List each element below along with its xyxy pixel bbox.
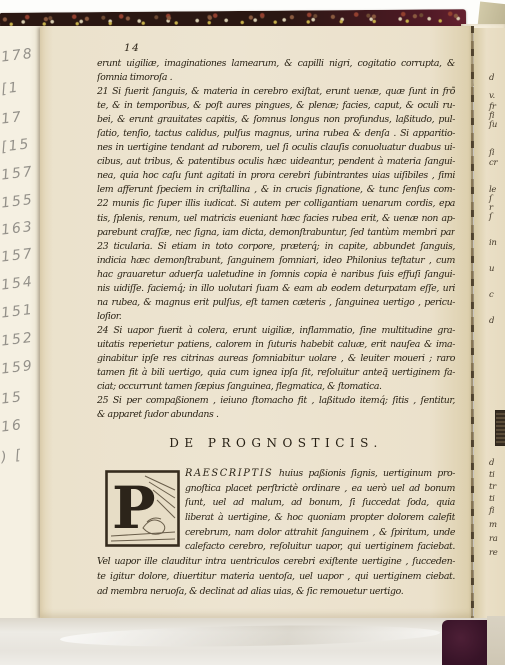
pencil-marginalia-number: [15	[0, 132, 42, 155]
body-text-line: tis, ſplenis, renum, uel matricis euenia…	[97, 212, 455, 226]
prognostics-indent-block: RAESCRIPTIS huius paßionis ſignis, uerti…	[185, 467, 455, 555]
fore-edge-text-fragment: fi	[489, 506, 494, 516]
fore-edge-text-fragment: re	[489, 548, 498, 558]
body-text-line: 23 ticularia. Si etiam in toto corpore, …	[97, 240, 455, 254]
body-text-line: nes in uertigine tendant ad ruborem, uel…	[97, 141, 455, 155]
body-text-line: bei, & erunt grauitates capitis, & ſomnu…	[97, 113, 455, 127]
body-text-line: hac grauaretur aduerſa ualetudine in ſom…	[97, 268, 455, 282]
tissue-interleaf	[0, 618, 505, 665]
pencil-marginalia-number: 154	[0, 270, 42, 293]
fore-edge-text-fragment: ſ	[489, 212, 492, 222]
body-text-line: na rubea, & magnus erit pulſus, eſt tame…	[97, 296, 455, 310]
fore-edge-text-fragment: d	[489, 73, 494, 83]
body-text-line: ſatio, tenſio, tactus calidus, pulſus ma…	[97, 127, 455, 141]
body-text-line: lem afferunt ſpeciem in criſtallina , & …	[97, 183, 455, 197]
scanned-book-page: 14 erunt uigiliæ, imaginationes lamearum…	[40, 26, 473, 618]
pencil-marginalia-number: 151	[0, 298, 42, 321]
body-text-line: 25 Si per compaßionem , ieiuno ſtomacho …	[97, 394, 455, 408]
prognostics-text-line: gnoſtica placet perſtrictè ordinare , ea…	[185, 482, 455, 497]
pencil-marginalia-number: ) [	[0, 442, 42, 465]
pencil-marginalia-number: [1	[0, 74, 42, 97]
lead-word-smallcaps: RAESCRIPTIS	[185, 468, 273, 479]
fore-edge-text-fragment: ſi	[489, 148, 494, 158]
initial-capital-woodcut: P	[105, 470, 180, 547]
body-text-line: uitatis reperietur patiens, calorem in ſ…	[97, 338, 455, 352]
pencil-marginalia-number: 159	[0, 354, 42, 377]
pencil-marginalia-number: 152	[0, 326, 42, 349]
body-text-line: nea, quia hoc caſu ſunt agitati in prora…	[97, 169, 455, 183]
fore-edge-text-fragment: m	[489, 520, 497, 530]
prognostics-full-block: Vel uapor ille clauditur intra uentricul…	[97, 555, 455, 599]
lead-rest: huius paßionis ſignis, uertiginum pro-	[273, 468, 455, 479]
pencil-marginalia-number: 16	[0, 412, 42, 435]
section-heading: DE PROGNOSTICIS.	[97, 436, 455, 450]
fore-edge-text-fragment: d	[489, 316, 494, 326]
body-text-line: & apparet ſudor abundans .	[97, 408, 455, 422]
body-text-line: ciat; occurrunt tamen ſæpius ſanguinea, …	[97, 380, 455, 394]
fore-edge-text-fragment: ti	[489, 494, 495, 504]
pencil-marginalia-number: 157	[0, 160, 42, 183]
svg-text:P: P	[112, 474, 156, 542]
bottom-right-paper-edge	[487, 616, 505, 665]
cover-maroon-corner	[442, 620, 489, 665]
body-text-line: 24 Si uapor fuerit à colera, erunt uigil…	[97, 324, 455, 338]
fore-edge-woodcut-fragment	[495, 410, 505, 446]
prognostics-text-line: cerebrum, nam dolor attrahit ſanguinem ,…	[185, 526, 455, 541]
prognostics-text-line: calefacto cerebro, reſoluitur uapor, qui…	[185, 540, 455, 555]
prognostics-paragraph: P RAESCRIPTIS huius paßionis ſignis, uer…	[97, 467, 455, 599]
prognostics-text-line: ad membra neruoſa, & declinat ad alias u…	[97, 585, 455, 600]
flyleaf-with-pencil-numbers: 178[117[151571551631571541511521591516) …	[0, 26, 42, 620]
pencil-marginalia-number: 178	[0, 42, 42, 65]
fore-edge-text-fragment: tr	[489, 482, 496, 492]
body-text-line: tamen fit à bili uertigo, quia cum ignea…	[97, 366, 455, 380]
pencil-marginalia-number: 17	[0, 104, 42, 127]
body-text-line: cibus, aut tribus, & patentibus oculis h…	[97, 155, 455, 169]
fore-edge-text-fragment: u	[489, 264, 494, 274]
body-text-line: 21 Si fuerit ſanguis, & materia in cereb…	[97, 85, 455, 99]
prognostics-text-line: liberat à uertigine, & hoc quoniam propt…	[185, 511, 455, 526]
fore-edge-text-fragment: c	[489, 290, 493, 300]
body-text-line: loſior.	[97, 310, 455, 324]
fore-edge-text-fragment: ti	[489, 470, 495, 480]
pencil-marginalia-number: 155	[0, 188, 42, 211]
prognostics-first-line: RAESCRIPTIS huius paßionis ſignis, uerti…	[185, 467, 455, 482]
fore-edge-text-fragment: v.	[489, 91, 495, 101]
pencil-marginalia-number: 157	[0, 242, 42, 265]
body-text-line: erunt uigiliæ, imaginationes lamearum, &…	[97, 57, 455, 71]
body-text-line: ginabitur ipſe res citrinas aureas ſomni…	[97, 352, 455, 366]
fore-edge-text-fragment: ſu	[489, 120, 497, 130]
prognostics-text-line: Vel uapor ille clauditur intra uentricul…	[97, 555, 455, 570]
prognostics-text-line: ſunt, uel ad malum, ad bonum, ſi ſucceda…	[185, 496, 455, 511]
page-number: 14	[124, 42, 140, 54]
body-text-line: indicia hæc demonſtrabunt, ſanguinem ſom…	[97, 254, 455, 268]
pencil-marginalia-number: 15	[0, 384, 42, 407]
fore-edge-text-fragment: ra	[489, 534, 498, 544]
fore-edge-text-fragment: in	[489, 238, 497, 248]
next-leaf-fore-edge: dv.frfiſuſicrleſrſinucddtitrtifimrare	[474, 28, 505, 618]
body-text-line: nis uidiſſe. faciemq́; in illo uolutari …	[97, 282, 455, 296]
fore-edge-text-fragment: d	[489, 458, 494, 468]
pencil-marginalia-number: 163	[0, 215, 42, 238]
body-text-line: parebunt craſſæ, nec ſigna, iam dicta, d…	[97, 226, 455, 240]
body-text-column: erunt uigiliæ, imaginationes lamearum, &…	[97, 57, 455, 422]
prognostics-text-line: te igitur dolore, diuertitur materia uen…	[97, 570, 455, 585]
fore-edge-text-fragment: cr	[489, 158, 497, 168]
body-text-line: ſomnia timoroſa .	[97, 71, 455, 85]
body-text-line: 22 munis ſic ſuper illis iudicat. Si aut…	[97, 197, 455, 211]
body-text-line: te, & in temporibus, & poſt aures pingue…	[97, 99, 455, 113]
